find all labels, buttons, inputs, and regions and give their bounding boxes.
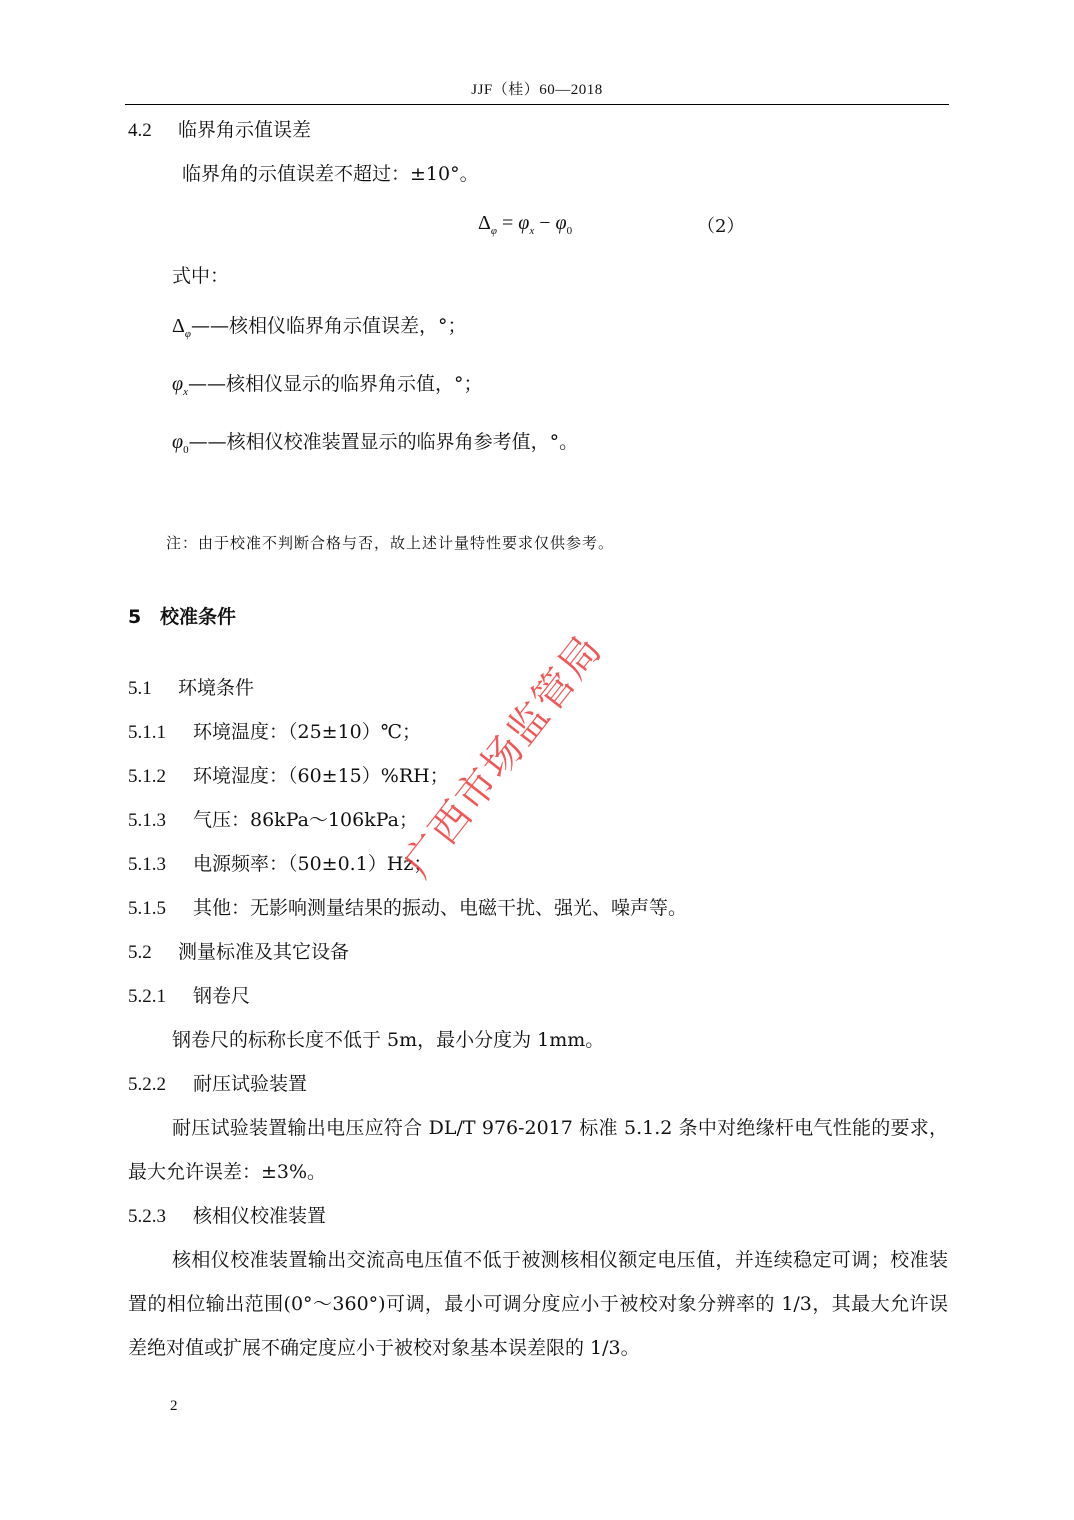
section-5-heading: 5校准条件 [128,602,236,629]
formula-phi-x-sub: x [529,225,534,237]
note-text: 注：由于校准不判断合格与否，故上述计量特性要求仅供参考。 [166,532,614,553]
section-4-2-heading: 4.2临界角示值误差 [128,118,311,143]
item-number: 5.1.2 [128,765,193,789]
running-header: JJF（桂）60—2018 [0,78,1074,99]
definition-text: ——核相仪显示的临界角示值，°； [188,373,483,395]
formula-equals: = [502,212,513,234]
item-title: 耐压试验装置 [193,1073,307,1095]
formula-delta-sub: φ [491,225,497,237]
page-number: 2 [170,1398,178,1415]
formula: Δφ = φx − φ0 [478,212,572,237]
equation-number: （2） [697,212,744,238]
list-item: 5.1.2环境湿度：（60±15）%RH； [128,764,449,789]
list-item: 5.1.3电源频率：（50±0.1）Hz； [128,852,432,877]
subsection-5-2-1-body: 钢卷尺的标称长度不低于 5m，最小分度为 1mm。 [128,1018,948,1062]
subsection-5-2-3-body: 核相仪校准装置输出交流高电压值不低于被测核相仪额定电压值，并连续稳定可调；校准装… [128,1238,948,1370]
formula-phi-x: φ [518,212,529,234]
subsection-5-2-1-heading: 5.2.1钢卷尺 [128,984,250,1009]
section-number: 5.1 [128,677,178,701]
item-number: 5.2.2 [128,1073,193,1097]
subsection-5-2-2-heading: 5.2.2耐压试验装置 [128,1072,307,1097]
section-title: 校准条件 [160,606,236,628]
watermark-text: 广西市场监管局 [405,630,612,886]
definition-symbol: Δ [172,315,185,337]
item-text: 环境湿度：（60±15）%RH； [193,765,449,787]
section-number: 5 [128,606,160,628]
header-divider [125,104,949,105]
item-number: 5.1.3 [128,853,193,877]
item-title: 核相仪校准装置 [193,1205,326,1227]
document-page: JJF（桂）60—2018 4.2临界角示值误差 临界角的示值误差不超过：±10… [0,0,1074,1520]
definition-symbol: φ [172,431,183,453]
item-text: 气压：86kPa～106kPa； [193,809,418,831]
list-item: 5.1.3气压：86kPa～106kPa； [128,808,418,833]
item-number: 5.1.5 [128,897,193,921]
formula-minus: − [539,212,550,234]
item-number: 5.1.3 [128,809,193,833]
section-title: 测量标准及其它设备 [178,941,349,963]
section-title: 环境条件 [178,677,254,699]
formula-delta: Δ [478,212,491,234]
section-5-2-heading: 5.2测量标准及其它设备 [128,940,349,965]
definition-symbol: φ [172,373,183,395]
formula-phi-0: φ [556,212,567,234]
definition-phi-0: φ0——核相仪校准装置显示的临界角参考值，°。 [172,430,578,462]
item-text: 环境温度：（25±10）℃； [193,721,421,743]
section-5-1-heading: 5.1环境条件 [128,676,254,701]
subsection-5-2-3-heading: 5.2.3核相仪校准装置 [128,1204,326,1229]
item-number: 5.2.3 [128,1205,193,1229]
list-item: 5.1.5其他：无影响测量结果的振动、电磁干扰、强光、噪声等。 [128,896,687,921]
definition-delta: Δφ——核相仪临界角示值误差，°； [172,314,466,346]
item-text: 电源频率：（50±0.1）Hz； [193,853,432,875]
item-text: 其他：无影响测量结果的振动、电磁干扰、强光、噪声等。 [193,897,687,919]
subsection-5-2-2-body: 耐压试验装置输出电压应符合 DL/T 976-2017 标准 5.1.2 条中对… [128,1106,948,1194]
definition-phi-x: φx——核相仪显示的临界角示值，°； [172,372,482,404]
section-number: 4.2 [128,119,178,143]
item-number: 5.1.1 [128,721,193,745]
requirement-text: 临界角的示值误差不超过：±10°。 [182,162,479,186]
formula-phi-0-sub: 0 [567,225,573,237]
definition-text: ——核相仪校准装置显示的临界角参考值，°。 [189,431,579,453]
section-number: 5.2 [128,941,178,965]
definition-text: ——核相仪临界角示值误差，°； [191,315,467,337]
section-title: 临界角示值误差 [178,119,311,141]
list-item: 5.1.1环境温度：（25±10）℃； [128,720,421,745]
item-title: 钢卷尺 [193,985,250,1007]
where-label: 式中： [172,264,229,288]
item-number: 5.2.1 [128,985,193,1009]
